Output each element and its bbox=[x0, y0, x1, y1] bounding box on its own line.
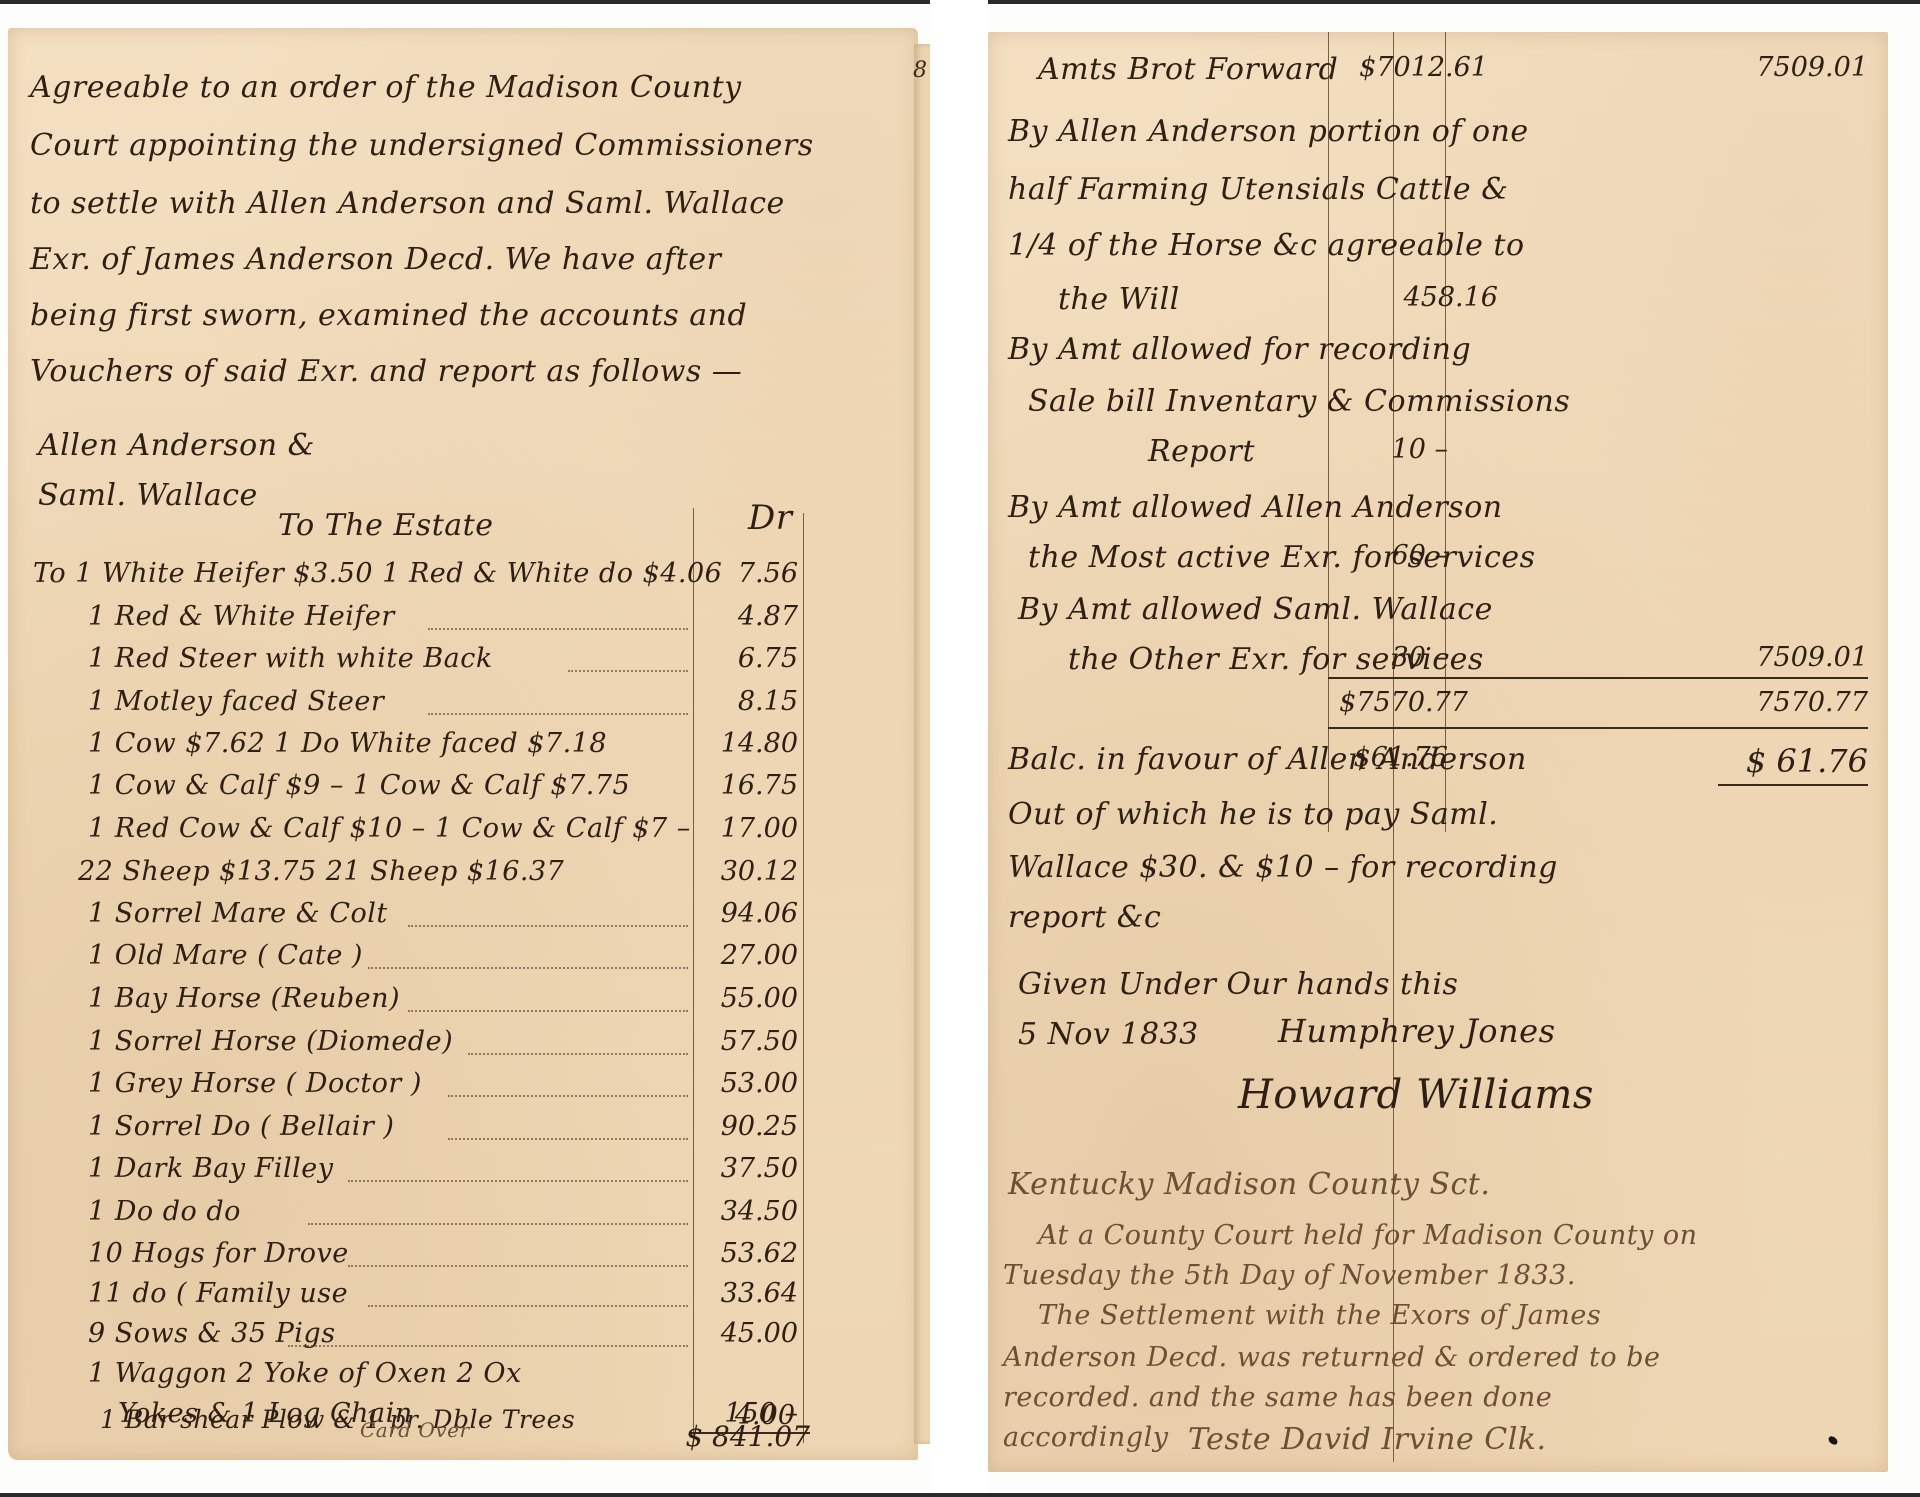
brought-forward-col1: $7012.61 bbox=[1288, 52, 1488, 83]
party-line-2: Saml. Wallace bbox=[38, 478, 258, 513]
debit-label: Dr bbox=[748, 498, 793, 538]
scan-gutter bbox=[930, 0, 988, 1497]
page-number: 8 bbox=[913, 58, 927, 83]
column-rule bbox=[803, 513, 804, 1443]
list-item: 1 Bar shear Plow & 1 pr. Dble Trees bbox=[100, 1405, 575, 1434]
party-line-1: Allen Anderson & bbox=[38, 428, 315, 463]
credit-col2: 7509.01 bbox=[1458, 642, 1868, 673]
signature: Howard Williams bbox=[1238, 1072, 1594, 1118]
preamble-line: being first sworn, examined the accounts… bbox=[30, 298, 747, 333]
credit-amount: 10 – bbox=[1348, 434, 1448, 465]
credit-amount: 30 – bbox=[1348, 642, 1448, 673]
balance-amount: $61.76 bbox=[1298, 742, 1448, 773]
credit-amount: 60 – bbox=[1348, 540, 1448, 571]
page-total: $ 841.07 bbox=[660, 1420, 810, 1453]
right-page: Amts Brot Forward $7012.61 7509.01 By Al… bbox=[988, 32, 1888, 1472]
preamble-line: Court appointing the undersigned Commiss… bbox=[30, 128, 814, 163]
sum-rule bbox=[1328, 677, 1868, 679]
sum-rule bbox=[1718, 784, 1868, 786]
scan-bottom-border bbox=[0, 1493, 1920, 1497]
clerk-signature: Teste David Irvine Clk. bbox=[1188, 1422, 1547, 1457]
ink-blot bbox=[1827, 1435, 1839, 1447]
total-col2: 7570.77 bbox=[1468, 687, 1868, 718]
to-estate-label: To The Estate bbox=[278, 508, 493, 543]
preamble-line: Vouchers of said Exr. and report as foll… bbox=[30, 354, 742, 389]
credit-amount: 458.16 bbox=[1348, 282, 1498, 313]
total-col1: $7570.77 bbox=[1268, 687, 1468, 718]
signature: Humphrey Jones bbox=[1278, 1012, 1556, 1050]
carried-over-note: Card Over bbox=[360, 1418, 470, 1442]
brought-forward-col2: 7509.01 bbox=[1488, 52, 1868, 83]
sum-rule bbox=[1328, 727, 1868, 729]
balance-col2: $ 61.76 bbox=[1468, 742, 1868, 780]
preamble-line: Exr. of James Anderson Decd. We have aft… bbox=[30, 242, 721, 277]
preamble-line: Agreeable to an order of the Madison Cou… bbox=[30, 70, 742, 105]
left-page: 8 Agreeable to an order of the Madison C… bbox=[8, 28, 918, 1460]
balance-label: Balc. in favour of Allen Anderson bbox=[1008, 742, 1527, 777]
certificate-heading: Kentucky Madison County Sct. bbox=[1008, 1167, 1490, 1202]
column-rule bbox=[693, 508, 694, 1438]
preamble-line: to settle with Allen Anderson and Saml. … bbox=[30, 186, 785, 221]
